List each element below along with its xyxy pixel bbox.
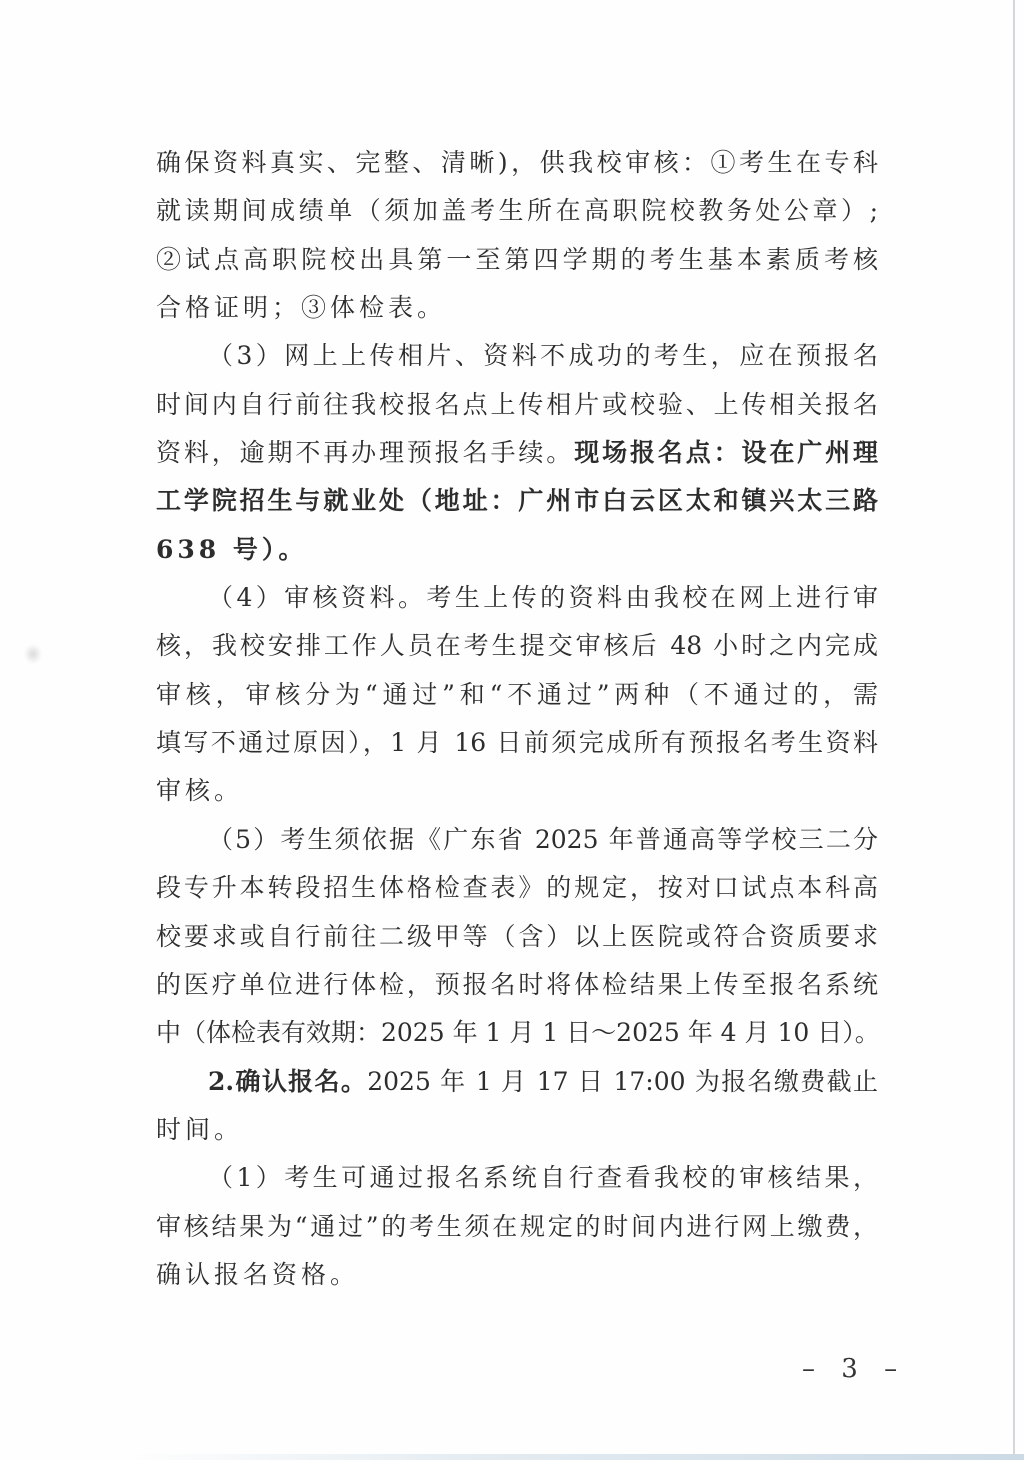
text-line: 638 号）。 — [156, 526, 878, 574]
text-segment: 资料，逾期不再办理预报名手续。 — [156, 438, 574, 467]
text-segment: 中（体检表有效期：2025 年 1 月 1 日～2025 年 4 月 10 日）… — [156, 1018, 880, 1047]
text-line: 的医疗单位进行体检，预报名时将体检结果上传至报名系统 — [156, 961, 878, 1009]
text-segment: 时间。 — [156, 1115, 243, 1144]
text-line: 审核结果为“通过”的考生须在规定的时间内进行网上缴费， — [156, 1203, 878, 1251]
bold-text-segment: 2.确认报名。 — [208, 1067, 367, 1096]
text-line: 审核。 — [156, 767, 878, 815]
text-segment: 审核结果为“通过”的考生须在规定的时间内进行网上缴费， — [156, 1212, 878, 1241]
text-segment: 合格证明；③体检表。 — [156, 293, 446, 322]
text-line: 审核，审核分为“通过”和“不通过”两种（不通过的，需 — [156, 671, 878, 719]
text-line: （5）考生须依据《广东省 2025 年普通高等学校三二分 — [156, 816, 878, 864]
bold-text-segment: 工学院招生与就业处（地址：广州市白云区太和镇兴太三路 — [156, 486, 878, 515]
document-body: 确保资料真实、完整、清晰)，供我校审核：①考生在专科就读期间成绩单（须加盖考生所… — [156, 139, 878, 1299]
text-line: ②试点高职院校出具第一至第四学期的考生基本素质考核 — [156, 236, 878, 284]
text-segment: （3）网上上传相片、资料不成功的考生，应在预报名 — [208, 341, 878, 370]
text-segment: （1）考生可通过报名系统自行查看我校的审核结果， — [208, 1163, 878, 1192]
text-line: 确保资料真实、完整、清晰)，供我校审核：①考生在专科 — [156, 139, 878, 187]
text-line: 就读期间成绩单（须加盖考生所在高职院校教务处公章）; — [156, 187, 878, 235]
document-lines: 确保资料真实、完整、清晰)，供我校审核：①考生在专科就读期间成绩单（须加盖考生所… — [156, 139, 878, 1299]
text-segment: 时间内自行前往我校报名点上传相片或校验、上传相关报名 — [156, 390, 878, 419]
scan-artifact-bottom-edge — [0, 1454, 1024, 1460]
text-line: 时间内自行前往我校报名点上传相片或校验、上传相关报名 — [156, 381, 878, 429]
text-line: 中（体检表有效期：2025 年 1 月 1 日～2025 年 4 月 10 日）… — [156, 1009, 878, 1057]
scan-artifact-right-edge-line — [1013, 0, 1015, 1460]
text-line: 段专升本转段招生体格检查表》的规定，按对口试点本科高 — [156, 864, 878, 912]
text-line: 校要求或自行前往二级甲等（含）以上医院或符合资质要求 — [156, 913, 878, 961]
text-segment: 审核，审核分为“通过”和“不通过”两种（不通过的，需 — [156, 680, 878, 709]
text-segment: 段专升本转段招生体格检查表》的规定，按对口试点本科高 — [156, 873, 878, 902]
text-line: 填写不通过原因），1 月 16 日前须完成所有预报名考生资料 — [156, 719, 878, 767]
text-line: （4）审核资料。考生上传的资料由我校在网上进行审 — [156, 574, 878, 622]
bold-text-segment: 现场报名点：设在广州理 — [574, 438, 878, 467]
scan-artifact-smudge — [24, 644, 42, 664]
page-number: – 3 – — [802, 1352, 906, 1386]
text-line: 工学院招生与就业处（地址：广州市白云区太和镇兴太三路 — [156, 477, 878, 525]
text-segment: （4）审核资料。考生上传的资料由我校在网上进行审 — [208, 583, 878, 612]
text-segment: 2025 年 1 月 17 日 17:00 为报名缴费截止 — [367, 1067, 878, 1096]
text-segment: （5）考生须依据《广东省 2025 年普通高等学校三二分 — [208, 825, 878, 854]
text-line: 核，我校安排工作人员在考生提交审核后 48 小时之内完成 — [156, 622, 878, 670]
text-line: 时间。 — [156, 1106, 878, 1154]
text-segment: 的医疗单位进行体检，预报名时将体检结果上传至报名系统 — [156, 970, 878, 999]
text-line: 合格证明；③体检表。 — [156, 284, 878, 332]
text-segment: 核，我校安排工作人员在考生提交审核后 48 小时之内完成 — [156, 631, 878, 660]
text-line: （3）网上上传相片、资料不成功的考生，应在预报名 — [156, 332, 878, 380]
text-segment: ②试点高职院校出具第一至第四学期的考生基本素质考核 — [156, 245, 878, 274]
text-segment: 填写不通过原因），1 月 16 日前须完成所有预报名考生资料 — [156, 728, 878, 757]
text-segment: 审核。 — [156, 776, 243, 805]
scanned-document-page: 确保资料真实、完整、清晰)，供我校审核：①考生在专科就读期间成绩单（须加盖考生所… — [0, 0, 1024, 1460]
text-line: （1）考生可通过报名系统自行查看我校的审核结果， — [156, 1154, 878, 1202]
text-segment: 就读期间成绩单（须加盖考生所在高职院校教务处公章）; — [156, 196, 878, 225]
text-segment: 校要求或自行前往二级甲等（含）以上医院或符合资质要求 — [156, 922, 878, 951]
text-line: 资料，逾期不再办理预报名手续。现场报名点：设在广州理 — [156, 429, 878, 477]
text-segment: 确认报名资格。 — [156, 1260, 359, 1289]
text-line: 确认报名资格。 — [156, 1251, 878, 1299]
text-segment: 确保资料真实、完整、清晰)，供我校审核：①考生在专科 — [156, 148, 878, 177]
bold-text-segment: 638 号）。 — [156, 535, 307, 564]
text-line: 2.确认报名。2025 年 1 月 17 日 17:00 为报名缴费截止 — [156, 1058, 878, 1106]
